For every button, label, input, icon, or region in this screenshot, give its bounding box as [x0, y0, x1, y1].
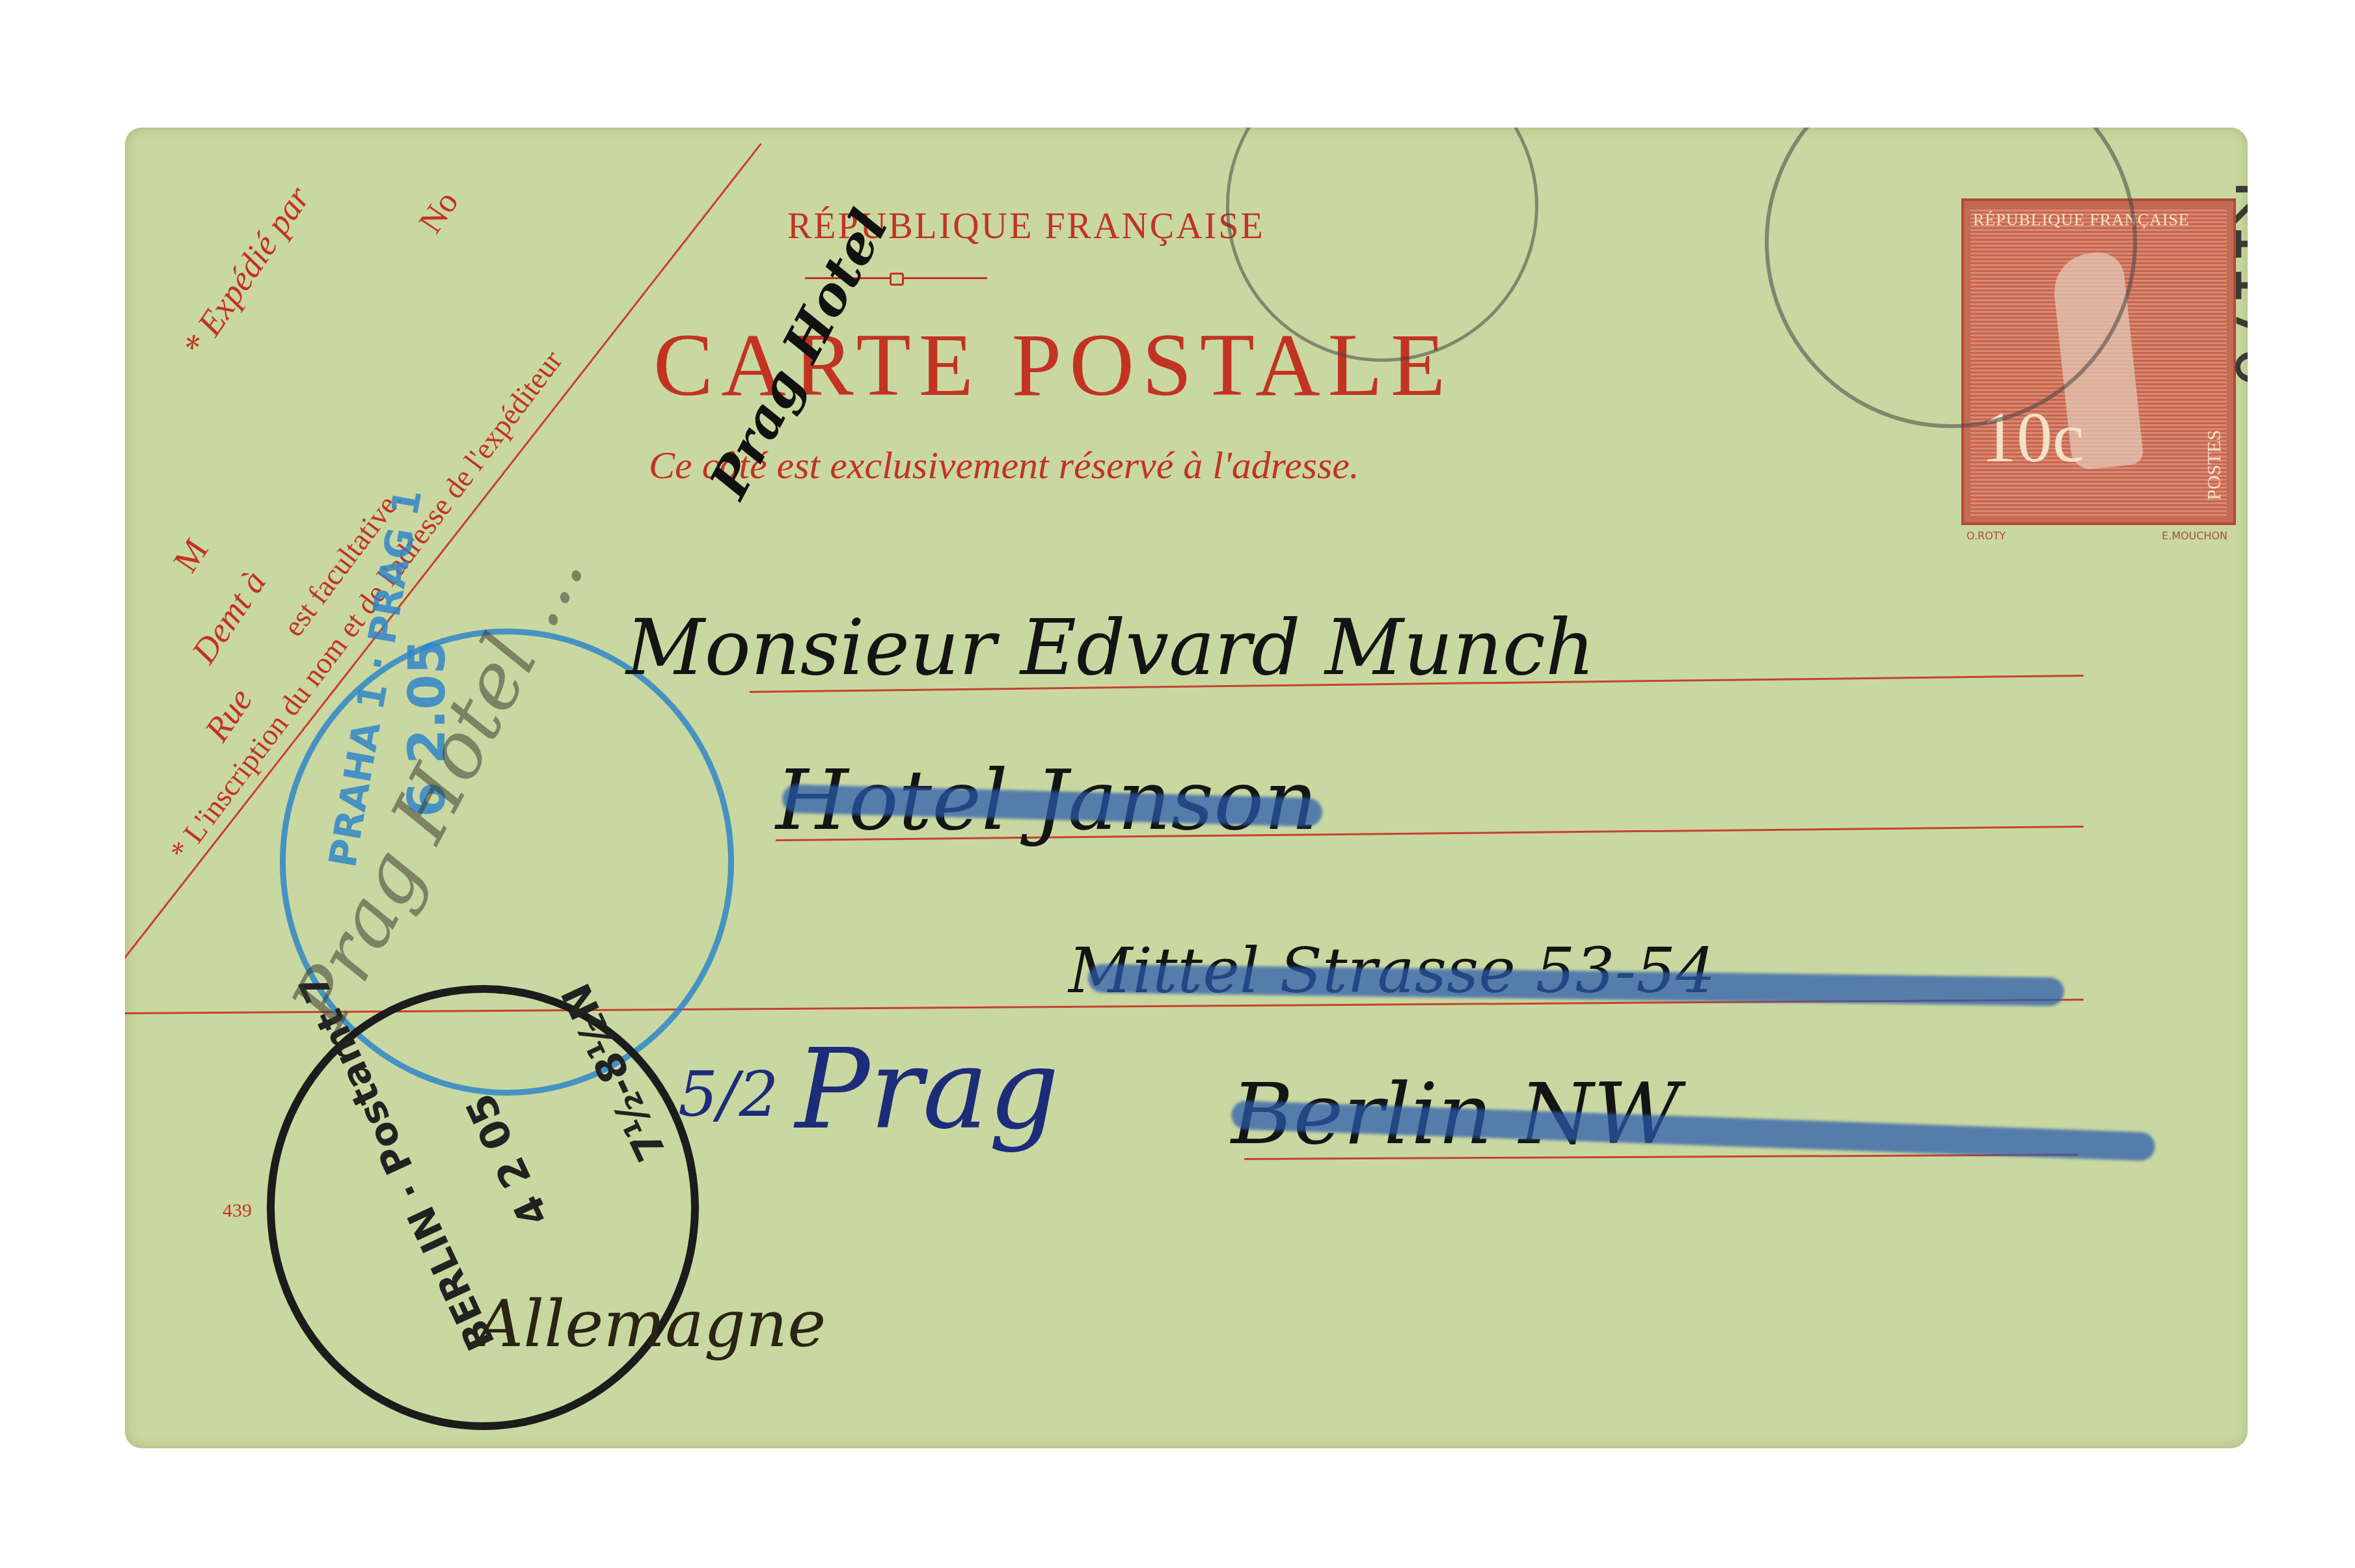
stamp-postes: POSTES [2203, 430, 2226, 500]
stamp-engraver: E.MOUCHON [2162, 530, 2227, 542]
forward-city: Prag [795, 1025, 1059, 1154]
demt-label: Demt à [184, 563, 274, 670]
m-label: M [165, 531, 216, 579]
address-country: Allemagne [476, 1286, 826, 1362]
form-number: 439 [223, 1200, 252, 1222]
archive-number: K1170 [2220, 180, 2248, 388]
expedie-par-label: * Expédié par [174, 179, 318, 365]
no-label: No [411, 184, 466, 240]
forward-note: 5/2 [678, 1058, 779, 1131]
address-recipient: Monsieur Edvard Munch [626, 602, 1595, 692]
header-ornament-knot [890, 273, 904, 286]
stamp-designer: O.ROTY [1967, 530, 2006, 542]
header-ornament-right [903, 277, 987, 279]
postcard: * Expédié par No M Demt à Rue * L'inscri… [125, 128, 2248, 1448]
